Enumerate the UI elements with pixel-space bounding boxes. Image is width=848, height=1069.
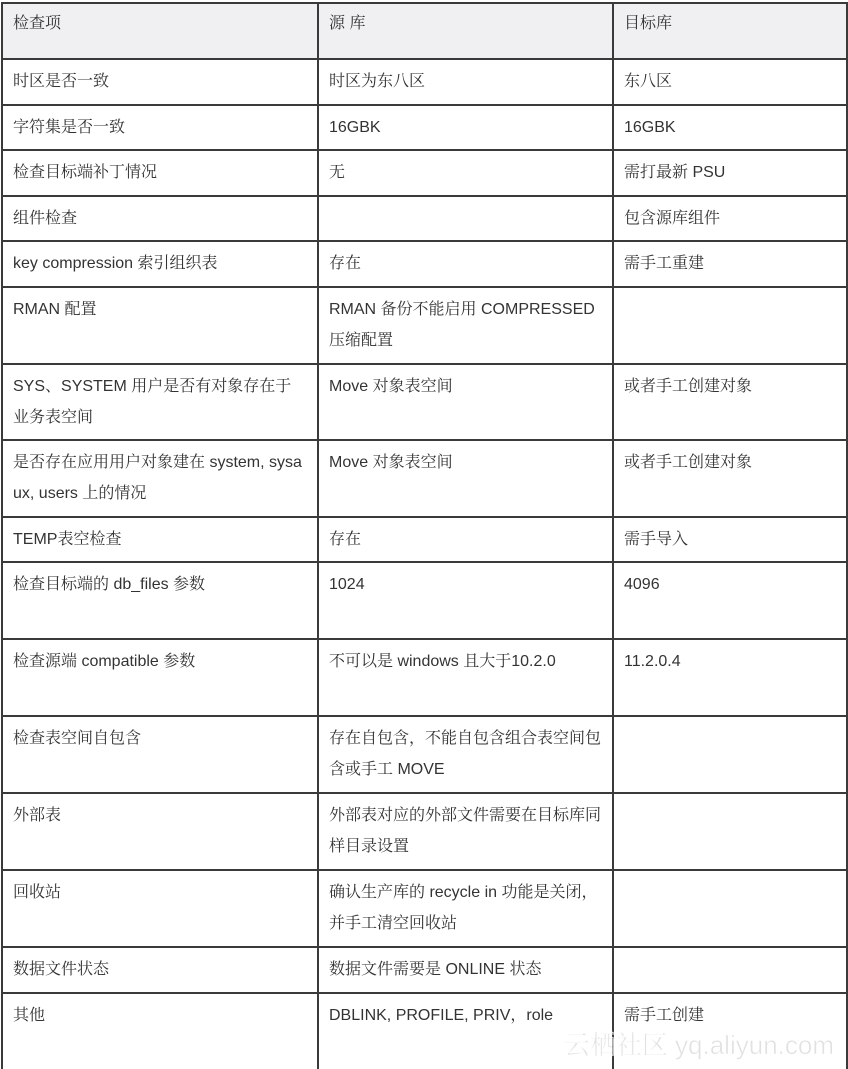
cell-check-item: 数据文件状态	[2, 947, 318, 993]
table-row: 检查表空间自包含 存在自包含，不能自包含组合表空间包含或手工 MOVE	[2, 716, 847, 793]
table-row: 检查目标端补丁情况 无 需打最新 PSU	[2, 150, 847, 196]
cell-target: 需手导入	[613, 517, 847, 562]
cell-target: 11.2.0.4	[613, 639, 847, 716]
cell-target	[613, 287, 847, 364]
cell-source: 确认生产库的 recycle in 功能是关闭，并手工清空回收站	[318, 870, 613, 947]
migration-check-table: 检查项 源 库 目标库 时区是否一致 时区为东八区 东八区 字符集是否一致 16…	[1, 2, 848, 1069]
cell-target	[613, 870, 847, 947]
cell-source: 时区为东八区	[318, 59, 613, 105]
cell-check-item: 时区是否一致	[2, 59, 318, 105]
cell-target: 4096	[613, 562, 847, 639]
cell-source: 存在	[318, 517, 613, 562]
header-source-db: 源 库	[318, 3, 613, 59]
table-row: 回收站 确认生产库的 recycle in 功能是关闭，并手工清空回收站	[2, 870, 847, 947]
cell-check-item: 是否存在应用用户对象建在 system, sysaux, users 上的情况	[2, 440, 318, 517]
cell-source: 不可以是 windows 且大于10.2.0	[318, 639, 613, 716]
cell-check-item: 其他	[2, 993, 318, 1069]
cell-check-item: 组件检查	[2, 196, 318, 241]
table-row: 是否存在应用用户对象建在 system, sysaux, users 上的情况 …	[2, 440, 847, 517]
cell-check-item: 外部表	[2, 793, 318, 870]
cell-check-item: 字符集是否一致	[2, 105, 318, 150]
table-row: SYS、SYSTEM 用户是否有对象存在于业务表空间 Move 对象表空间 或者…	[2, 364, 847, 440]
cell-source: 无	[318, 150, 613, 196]
cell-target: 东八区	[613, 59, 847, 105]
header-check-item: 检查项	[2, 3, 318, 59]
cell-source: Move 对象表空间	[318, 364, 613, 440]
table-row: TEMP表空检查 存在 需手导入	[2, 517, 847, 562]
table-row: 时区是否一致 时区为东八区 东八区	[2, 59, 847, 105]
cell-target	[613, 947, 847, 993]
table-row: 其他 DBLINK, PROFILE, PRIV，role 需手工创建	[2, 993, 847, 1069]
cell-target	[613, 793, 847, 870]
table-row: 数据文件状态 数据文件需要是 ONLINE 状态	[2, 947, 847, 993]
cell-target: 需手工重建	[613, 241, 847, 287]
table-row: 检查源端 compatible 参数 不可以是 windows 且大于10.2.…	[2, 639, 847, 716]
cell-source: RMAN 备份不能启用 COMPRESSED 压缩配置	[318, 287, 613, 364]
cell-check-item: key compression 索引组织表	[2, 241, 318, 287]
table-row: RMAN 配置 RMAN 备份不能启用 COMPRESSED 压缩配置	[2, 287, 847, 364]
cell-source: 1024	[318, 562, 613, 639]
table-header-row: 检查项 源 库 目标库	[2, 3, 847, 59]
cell-check-item: 检查目标端的 db_files 参数	[2, 562, 318, 639]
cell-check-item: RMAN 配置	[2, 287, 318, 364]
cell-check-item: SYS、SYSTEM 用户是否有对象存在于业务表空间	[2, 364, 318, 440]
table-row: 外部表 外部表对应的外部文件需要在目标库同样目录设置	[2, 793, 847, 870]
cell-target: 16GBK	[613, 105, 847, 150]
cell-source: 数据文件需要是 ONLINE 状态	[318, 947, 613, 993]
table-row: key compression 索引组织表 存在 需手工重建	[2, 241, 847, 287]
header-target-db: 目标库	[613, 3, 847, 59]
table-row: 检查目标端的 db_files 参数 1024 4096	[2, 562, 847, 639]
cell-source: DBLINK, PROFILE, PRIV，role	[318, 993, 613, 1069]
cell-check-item: 回收站	[2, 870, 318, 947]
cell-source: 16GBK	[318, 105, 613, 150]
cell-source: 存在	[318, 241, 613, 287]
cell-source: 存在自包含，不能自包含组合表空间包含或手工 MOVE	[318, 716, 613, 793]
table-row: 组件检查 包含源库组件	[2, 196, 847, 241]
cell-source: Move 对象表空间	[318, 440, 613, 517]
cell-source: 外部表对应的外部文件需要在目标库同样目录设置	[318, 793, 613, 870]
cell-check-item: TEMP表空检查	[2, 517, 318, 562]
cell-target: 或者手工创建对象	[613, 440, 847, 517]
cell-check-item: 检查目标端补丁情况	[2, 150, 318, 196]
table-row: 字符集是否一致 16GBK 16GBK	[2, 105, 847, 150]
cell-target	[613, 716, 847, 793]
cell-target: 需手工创建	[613, 993, 847, 1069]
cell-target: 包含源库组件	[613, 196, 847, 241]
cell-check-item: 检查表空间自包含	[2, 716, 318, 793]
cell-target: 或者手工创建对象	[613, 364, 847, 440]
cell-source	[318, 196, 613, 241]
table-body: 时区是否一致 时区为东八区 东八区 字符集是否一致 16GBK 16GBK 检查…	[2, 59, 847, 1069]
cell-check-item: 检查源端 compatible 参数	[2, 639, 318, 716]
cell-target: 需打最新 PSU	[613, 150, 847, 196]
